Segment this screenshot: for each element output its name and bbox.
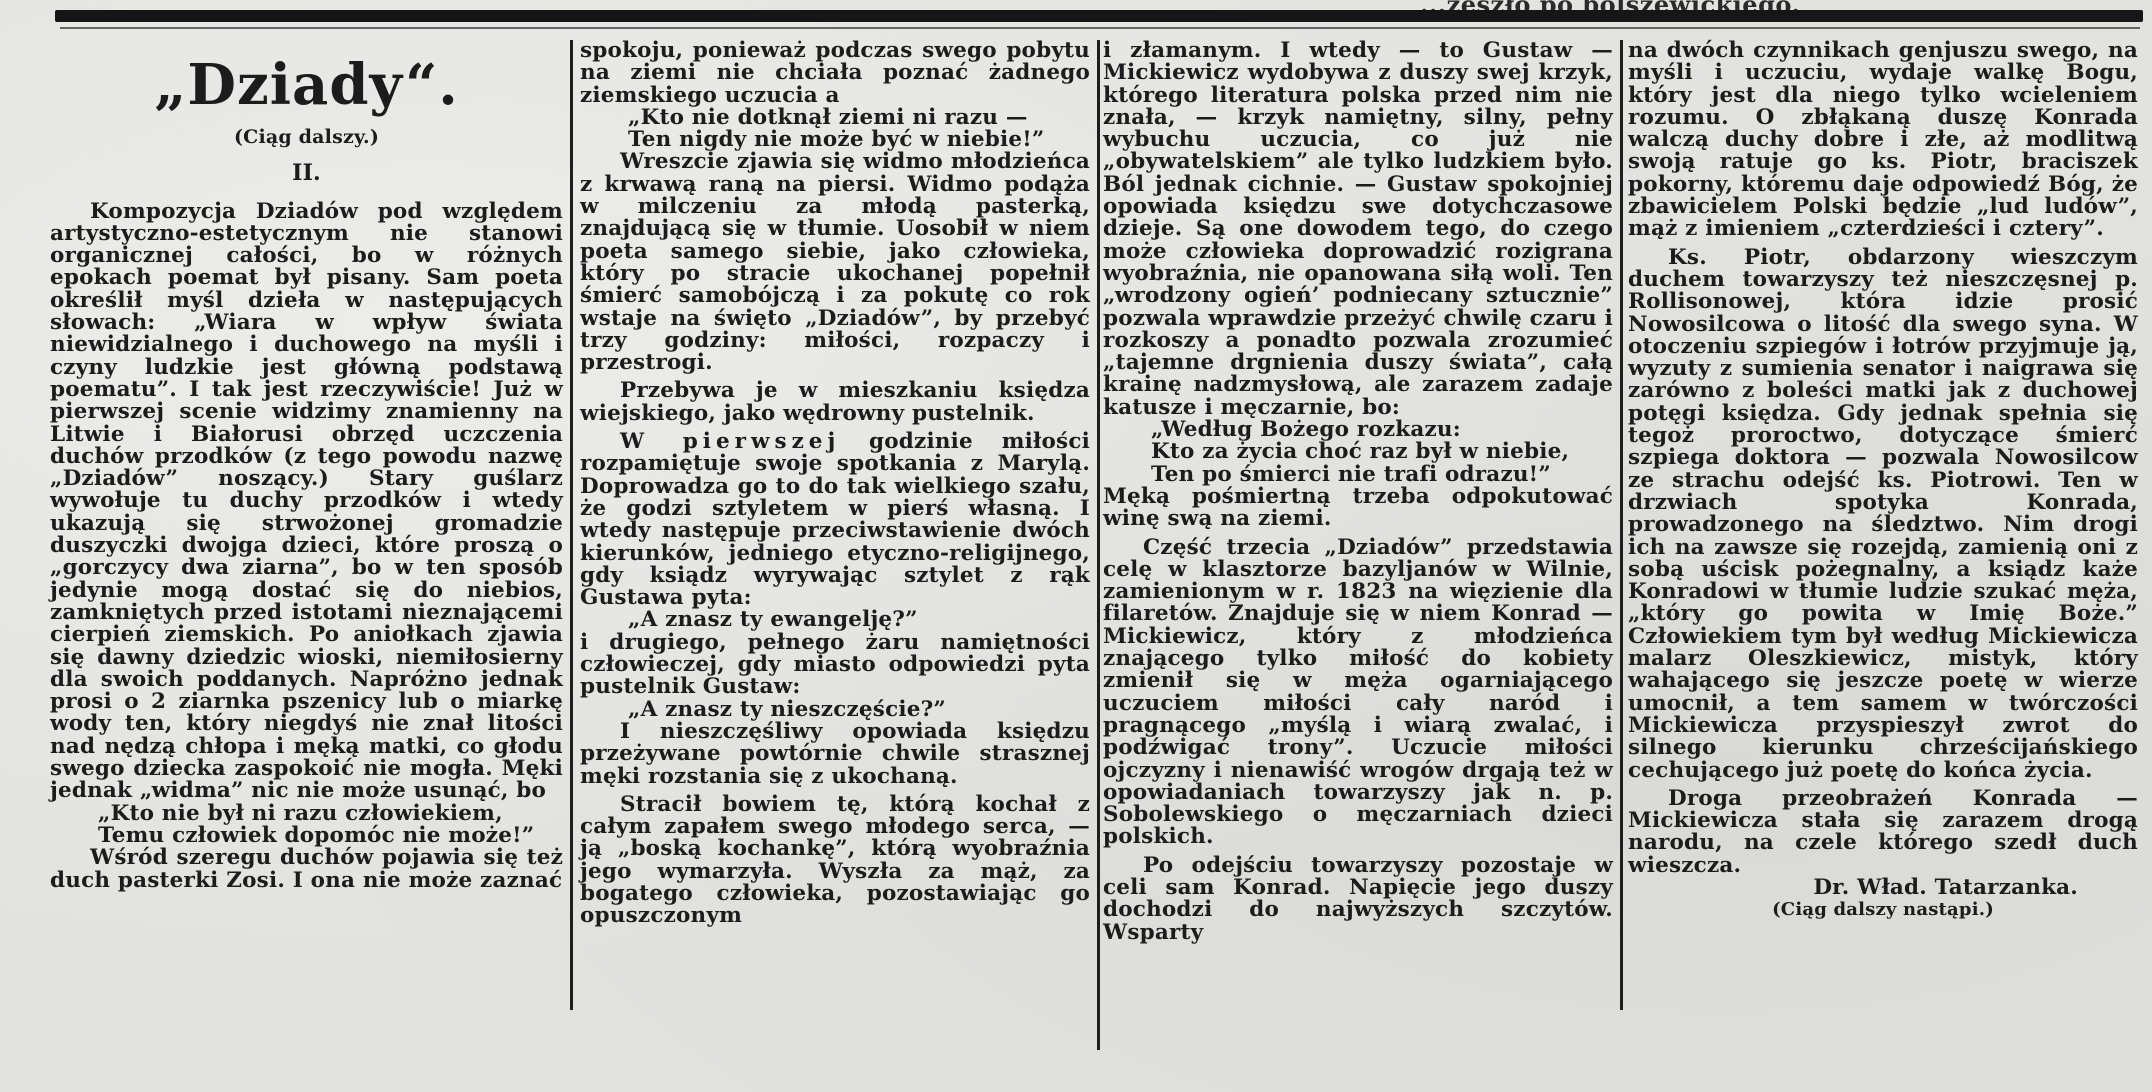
newspaper-page: ...zeszło po bolszewickiego. „Dziady“. (… — [0, 0, 2152, 1092]
column-divider — [1097, 40, 1100, 1050]
article-column-2: spokoju, ponieważ podczas swego pobytu n… — [580, 40, 1090, 1072]
paragraph: Droga przeobrażeń Konrada — Mickiewicza … — [1628, 788, 2138, 877]
paragraph: I nieszczęśliwy opowiada księdzu przeżyw… — [580, 721, 1090, 788]
paragraph: Męką pośmiertną trzeba odpokutować winę … — [1103, 486, 1613, 531]
verse-line: Ten nigdy nie może być w niebie!” — [580, 129, 1090, 151]
paragraph: Część trzecia „Dziadów” przedstawia celę… — [1103, 537, 1613, 849]
paragraph: Ks. Piotr, obdarzony wieszczym duchem to… — [1628, 247, 2138, 782]
paragraph: Przebywa je w mieszkaniu księdza wiejski… — [580, 380, 1090, 425]
column-divider — [1620, 40, 1623, 1010]
header-rule-thin — [60, 27, 2140, 29]
verse-line: Ten po śmierci nie trafi odrazu!” — [1103, 464, 1613, 486]
verse-line: „A znasz ty ewangelję?” — [580, 609, 1090, 631]
paragraph: Wreszcie zjawia się widmo młodzieńca z k… — [580, 151, 1090, 374]
verse-line: Temu człowiek dopomóc nie może!” — [50, 825, 563, 847]
article-column-1: „Dziady“. (Ciąg dalszy.) II. Kompozycja … — [50, 40, 563, 1072]
paragraph: Wśród szeregu duchów pojawia się też duc… — [50, 847, 563, 892]
verse-line: „Kto nie był ni razu człowiekiem, — [50, 803, 563, 825]
article-title: „Dziady“. — [50, 54, 563, 116]
article-column-3: i złamanym. I wtedy — to Gustaw — Mickie… — [1103, 40, 1613, 1072]
header-rule-thick — [55, 10, 2143, 22]
paragraph: Kompozycja Dziadów pod względem artystyc… — [50, 201, 563, 803]
paragraph: i drugiego, pełnego żaru namiętności czł… — [580, 632, 1090, 699]
article-subtitle: (Ciąg dalszy.) — [50, 126, 563, 148]
section-number: II. — [50, 162, 563, 184]
verse-line: Kto za życia choć raz był w niebie, — [1103, 441, 1613, 463]
article-column-4: na dwóch czynnikach genjuszu swego, na m… — [1628, 40, 2138, 1072]
paragraph: spokoju, ponieważ podczas swego pobytu n… — [580, 40, 1090, 107]
column-divider — [570, 40, 573, 1010]
paragraph: i złamanym. I wtedy — to Gustaw — Mickie… — [1103, 40, 1613, 419]
verse-line: „A znasz ty nieszczęście?” — [580, 699, 1090, 721]
paragraph: W pierwszej godzinie miłości rozpamiętuj… — [580, 431, 1090, 609]
paragraph: na dwóch czynnikach genjuszu swego, na m… — [1628, 40, 2138, 241]
author-signature: Dr. Wład. Tatarzanka. — [1628, 877, 2138, 899]
paragraph-text: godzinie miłości rozpamiętuje swoje spot… — [580, 429, 1090, 610]
spaced-emphasis: W pierwszej — [620, 429, 840, 454]
continued-notice: (Ciąg dalszy nastąpi.) — [1628, 899, 2138, 921]
paragraph: Po odejściu towarzyszy pozostaje w celi … — [1103, 855, 1613, 944]
verse-line: „Kto nie dotknął ziemi ni razu — — [580, 107, 1090, 129]
paragraph: Stracił bowiem tę, którą kochał z całym … — [580, 794, 1090, 928]
verse-line: „Według Bożego rozkazu: — [1103, 419, 1613, 441]
